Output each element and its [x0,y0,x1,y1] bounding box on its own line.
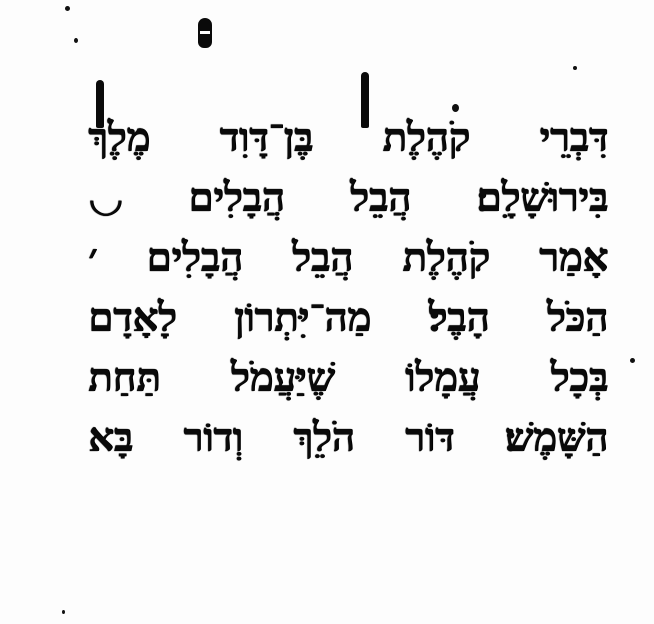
text-line-5: בְּכָל עֲמָלוֹ שֶׁיַּעֲמֹל תַּחַת [88,348,608,408]
ornament-mark [198,18,212,48]
text-line-1: דִּבְרֵי קֹהֶלֶת בֶּן־דָּוִד מֶלֶךְ [88,108,608,168]
ink-speck [573,66,577,70]
ink-speck [630,358,635,363]
manuscript-page: דִּבְרֵי קֹהֶלֶת בֶּן־דָּוִד מֶלֶךְ בִּי… [0,0,654,624]
text-line-3: אָמַר קֹהֶלֶת הֲבֵל הֲבָלִים ׳ [88,228,608,288]
manuscript-text: דִּבְרֵי קֹהֶלֶת בֶּן־דָּוִד מֶלֶךְ בִּי… [88,108,608,468]
text-line-2: בִּירוּשָׁלִָם׃ הֲבֵל הֲבָלִים ◡ [88,168,608,228]
ink-speck [74,38,78,43]
ink-speck [62,610,65,614]
ink-speck [65,6,70,11]
text-line-4: הַכֹּל הָבֶל׃ מַה־יִּתְרוֹן לָאָדָם [88,288,608,348]
text-line-6: הַשָּׁמֶשׁ׃ דּוֹר הֹלֵךְ וְדוֹר בָּא [88,408,608,468]
